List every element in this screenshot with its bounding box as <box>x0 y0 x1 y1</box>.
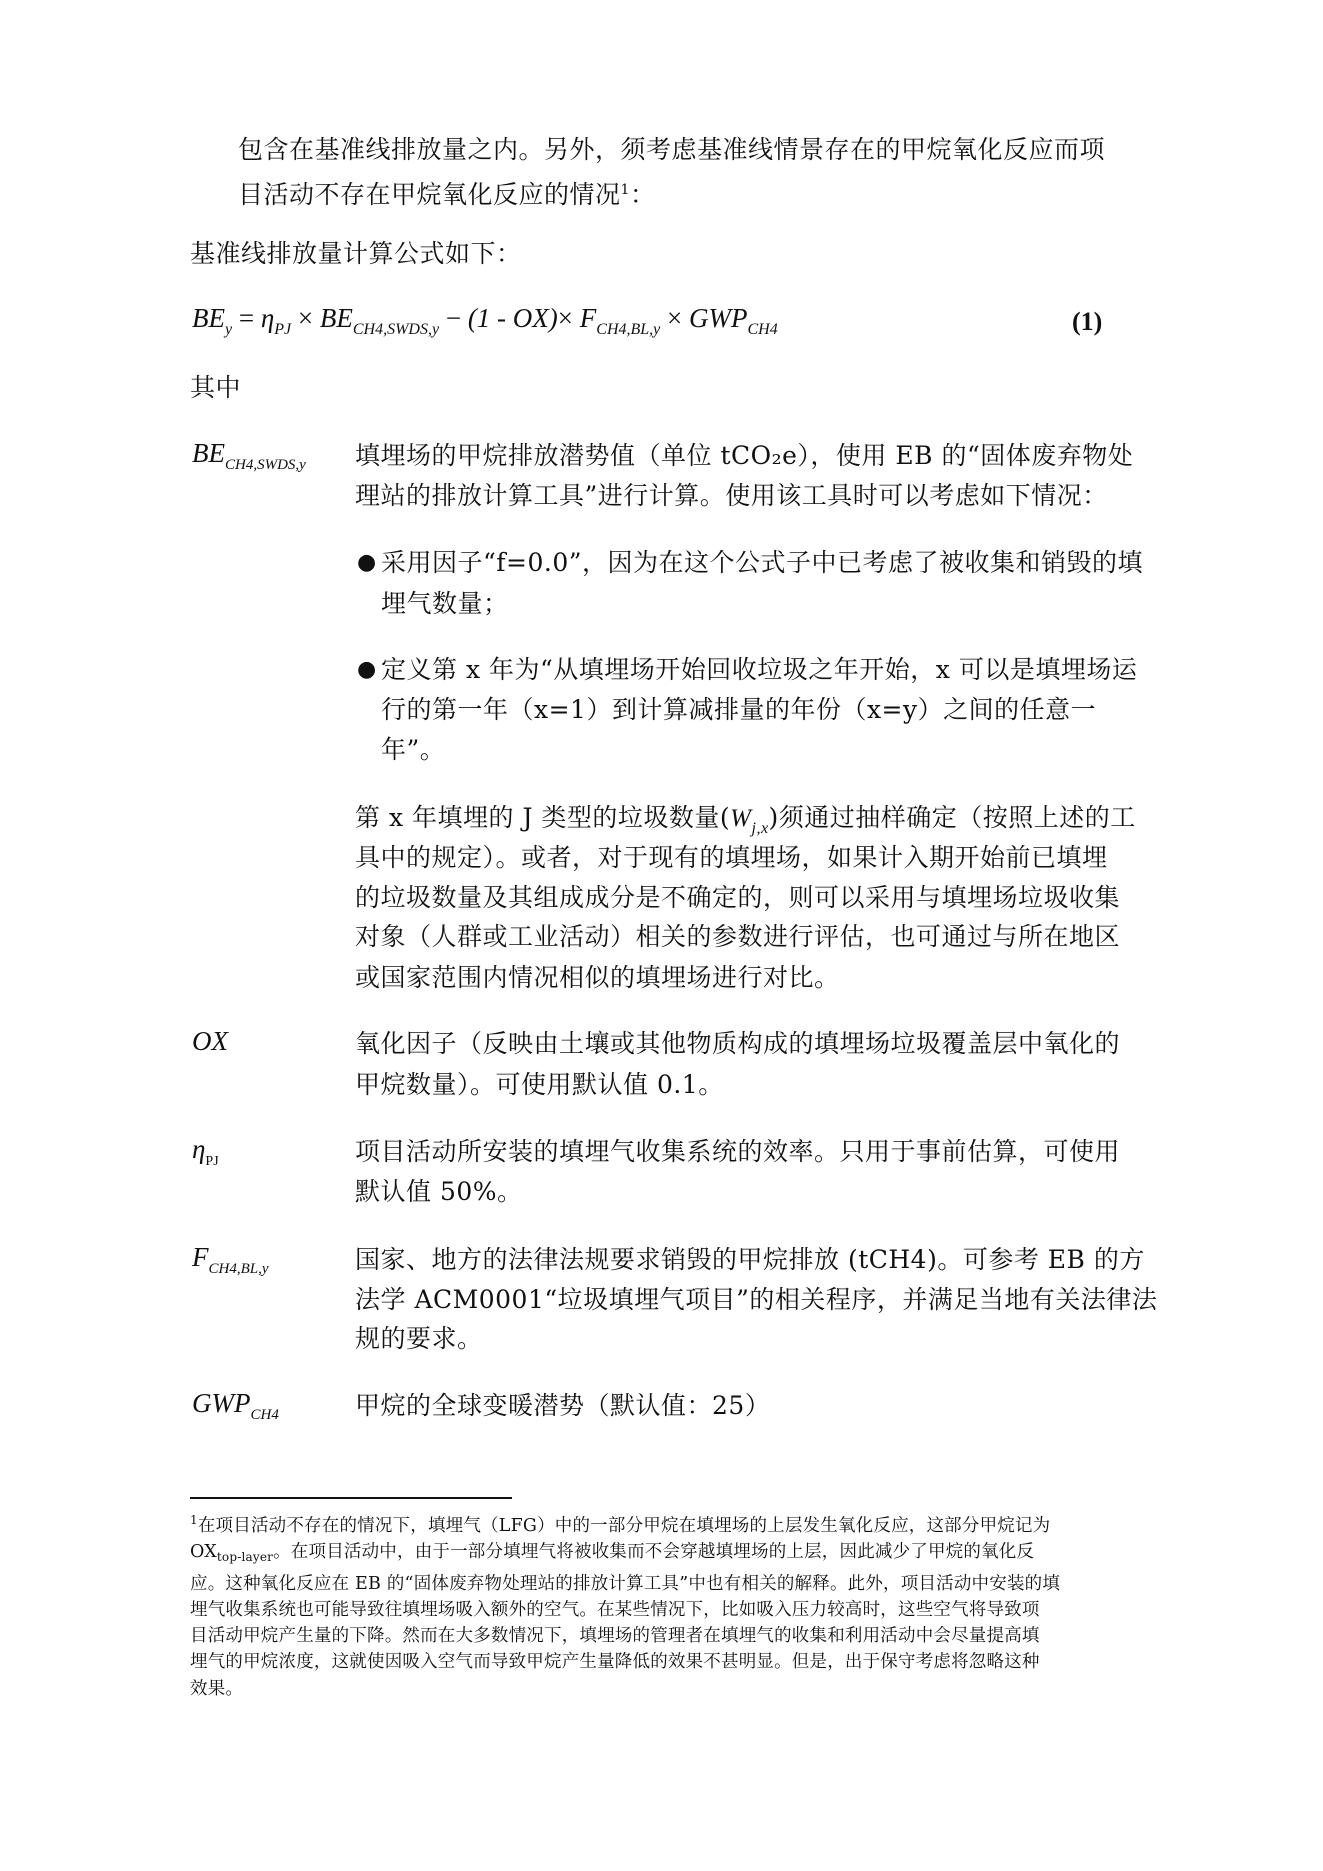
def-ox-line-2: 甲烷数量）。可使用默认值 0.1。 <box>355 1065 724 1105</box>
eq-times-1: × <box>291 303 320 333</box>
symbol-sub: CH4,SWDS,y <box>225 457 306 473</box>
eq-f: F <box>580 303 597 333</box>
symbol-text: F <box>192 1242 209 1272</box>
footnote-ox-sub: top-layer <box>217 1550 273 1564</box>
var-w: Wj,x <box>730 805 768 832</box>
symbol-sub: CH4 <box>250 1407 278 1423</box>
footnote-line-4: 埋气收集系统也可能导致往填埋场吸入额外的空气。在某些情况下，比如吸入压力较高时，… <box>190 1597 1170 1623</box>
symbol-text: η <box>192 1134 205 1164</box>
eq-be: BE <box>320 303 353 333</box>
para-text: )须通过抽样确定（按照上述的工 <box>769 803 1136 832</box>
def-f-line-3: 规的要求。 <box>355 1319 483 1359</box>
symbol-sub: PJ <box>205 1154 218 1169</box>
def-symbol-be-ch4-swds: BECH4,SWDS,y <box>192 438 306 474</box>
def-gwp-line-1: 甲烷的全球变暖潜势（默认值：25） <box>355 1386 770 1426</box>
eq-f-sub: CH4,BL,y <box>596 321 660 338</box>
footnote-line-7: 效果。 <box>190 1676 1170 1702</box>
eq-eta: η <box>261 303 274 333</box>
footnote-rule <box>190 1497 512 1499</box>
footnote-text: 。在项目活动中，由于一部分填埋气将被收集而不会穿越填埋场的上层，因此减少了甲烷的… <box>273 1542 1034 1562</box>
footnote-line-3: 应。这种氧化反应在 EB 的“固体废弃物处理站的排放计算工具”中也有相关的解释。… <box>190 1571 1170 1597</box>
intro-line-2-end: ： <box>630 180 656 209</box>
eq-lhs: BE <box>192 303 225 333</box>
bullet-1-line-1: 采用因子“f=0.0”，因为在这个公式子中已考虑了被收集和销毁的填 <box>381 543 1143 583</box>
para-text: 第 x 年填埋的 J 类型的垃圾数量( <box>355 803 730 832</box>
bullet-icon: ● <box>357 550 376 575</box>
eq-paren: (1 - OX) <box>468 303 558 333</box>
intro-line-2: 目活动不存在甲烷氧化反应的情况1： <box>238 170 655 215</box>
def-be-para-line-5: 或国家范围内情况相似的填埋场进行对比。 <box>355 958 840 998</box>
eq-times-3: × <box>660 303 689 333</box>
symbol-text: GWP <box>192 1388 250 1418</box>
def-symbol-eta-pj: ηPJ <box>192 1134 219 1170</box>
def-symbol-ox: OX <box>192 1026 228 1057</box>
def-be-line-2: 理站的排放计算工具”进行计算。使用该工具时可以考虑如下情况： <box>355 476 1108 516</box>
def-f-line-2: 法学 ACM0001“垃圾填埋气项目”的相关程序，并满足当地有关法律法 <box>355 1280 1157 1320</box>
symbol-text: BE <box>192 438 225 468</box>
bullet-2-line-2: 行的第一年（x=1）到计算减排量的年份（x=y）之间的任意一 <box>381 690 1096 730</box>
footnote-ox: OX <box>190 1542 217 1562</box>
def-be-para-line-3: 的垃圾数量及其组成成分是不确定的，则可以采用与填埋场垃圾收集 <box>355 878 1120 918</box>
eq-be-sub: CH4,SWDS,y <box>353 321 439 338</box>
footnote-line-6: 埋气的甲烷浓度，这就使因吸入空气而导致甲烷产生量降低的效果不甚明显。但是，出于保… <box>190 1649 1170 1675</box>
def-symbol-gwp-ch4: GWPCH4 <box>192 1388 279 1424</box>
formula-heading: 基准线排放量计算公式如下： <box>190 234 522 274</box>
var-w-sub: j,x <box>752 820 769 837</box>
def-be-para-line-4: 对象（人群或工业活动）相关的参数进行评估，也可通过与所在地区 <box>355 917 1120 957</box>
eq-equals: = <box>232 303 261 333</box>
def-eta-line-2: 默认值 50%。 <box>355 1172 523 1212</box>
def-f-line-1: 国家、地方的法律法规要求销毁的甲烷排放 (tCH4)。可参考 EB 的方 <box>355 1240 1145 1280</box>
eq-gwp-sub: CH4 <box>747 321 777 338</box>
equation: BEy = ηPJ × BECH4,SWDS,y − (1 - OX)× FCH… <box>192 303 778 339</box>
footnote-marker: 1 <box>190 1513 198 1527</box>
intro-line-2-text: 目活动不存在甲烷氧化反应的情况 <box>238 180 621 209</box>
footnote-line-1: 1在项目活动不存在的情况下，填埋气（LFG）中的一部分甲烷在填埋场的上层发生氧化… <box>190 1507 1170 1539</box>
eq-eta-sub: PJ <box>274 321 291 338</box>
equation-number: (1) <box>1072 307 1102 337</box>
where-label: 其中 <box>190 368 241 408</box>
footnote-ref[interactable]: 1 <box>621 182 630 198</box>
footnote-line-5: 目活动甲烷产生量的下降。然而在大多数情况下，填埋场的管理者在填埋气的收集和利用活… <box>190 1623 1170 1649</box>
bullet-icon: ● <box>357 657 376 682</box>
def-symbol-f-ch4-bl: FCH4,BL,y <box>192 1242 269 1278</box>
def-ox-line-1: 氧化因子（反映由土壤或其他物质构成的填埋场垃圾覆盖层中氧化的 <box>355 1024 1120 1064</box>
footnote: 1在项目活动不存在的情况下，填埋气（LFG）中的一部分甲烷在填埋场的上层发生氧化… <box>190 1507 1170 1702</box>
footnote-text: 在项目活动不存在的情况下，填埋气（LFG）中的一部分甲烷在填埋场的上层发生氧化反… <box>198 1516 1051 1536</box>
eq-gwp: GWP <box>689 303 747 333</box>
intro-line-1: 包含在基准线排放量之内。另外，须考虑基准线情景存在的甲烷氧化反应而项 <box>238 130 1105 170</box>
footnote-line-2: OXtop-layer。在项目活动中，由于一部分填埋气将被收集而不会穿越填埋场的… <box>190 1539 1170 1570</box>
bullet-2-line-1: 定义第 x 年为“从填埋场开始回收垃圾之年开始，x 可以是填埋场运 <box>381 650 1137 690</box>
eq-times-2: × <box>558 303 580 333</box>
eq-minus: − <box>439 303 468 333</box>
symbol-sub: CH4,BL,y <box>209 1261 269 1277</box>
var-w-text: W <box>730 805 751 832</box>
bullet-1-line-2: 埋气数量； <box>381 584 509 624</box>
def-be-para-line-2: 具中的规定）。或者，对于现有的填埋场，如果计入期开始前已填埋 <box>355 838 1108 878</box>
def-be-line-1: 填埋场的甲烷排放潜势值（单位 tCO₂e），使用 EB 的“固体废弃物处 <box>355 436 1133 476</box>
bullet-2-line-3: 年”。 <box>381 730 445 770</box>
def-eta-line-1: 项目活动所安装的填埋气收集系统的效率。只用于事前估算，可使用 <box>355 1132 1120 1172</box>
